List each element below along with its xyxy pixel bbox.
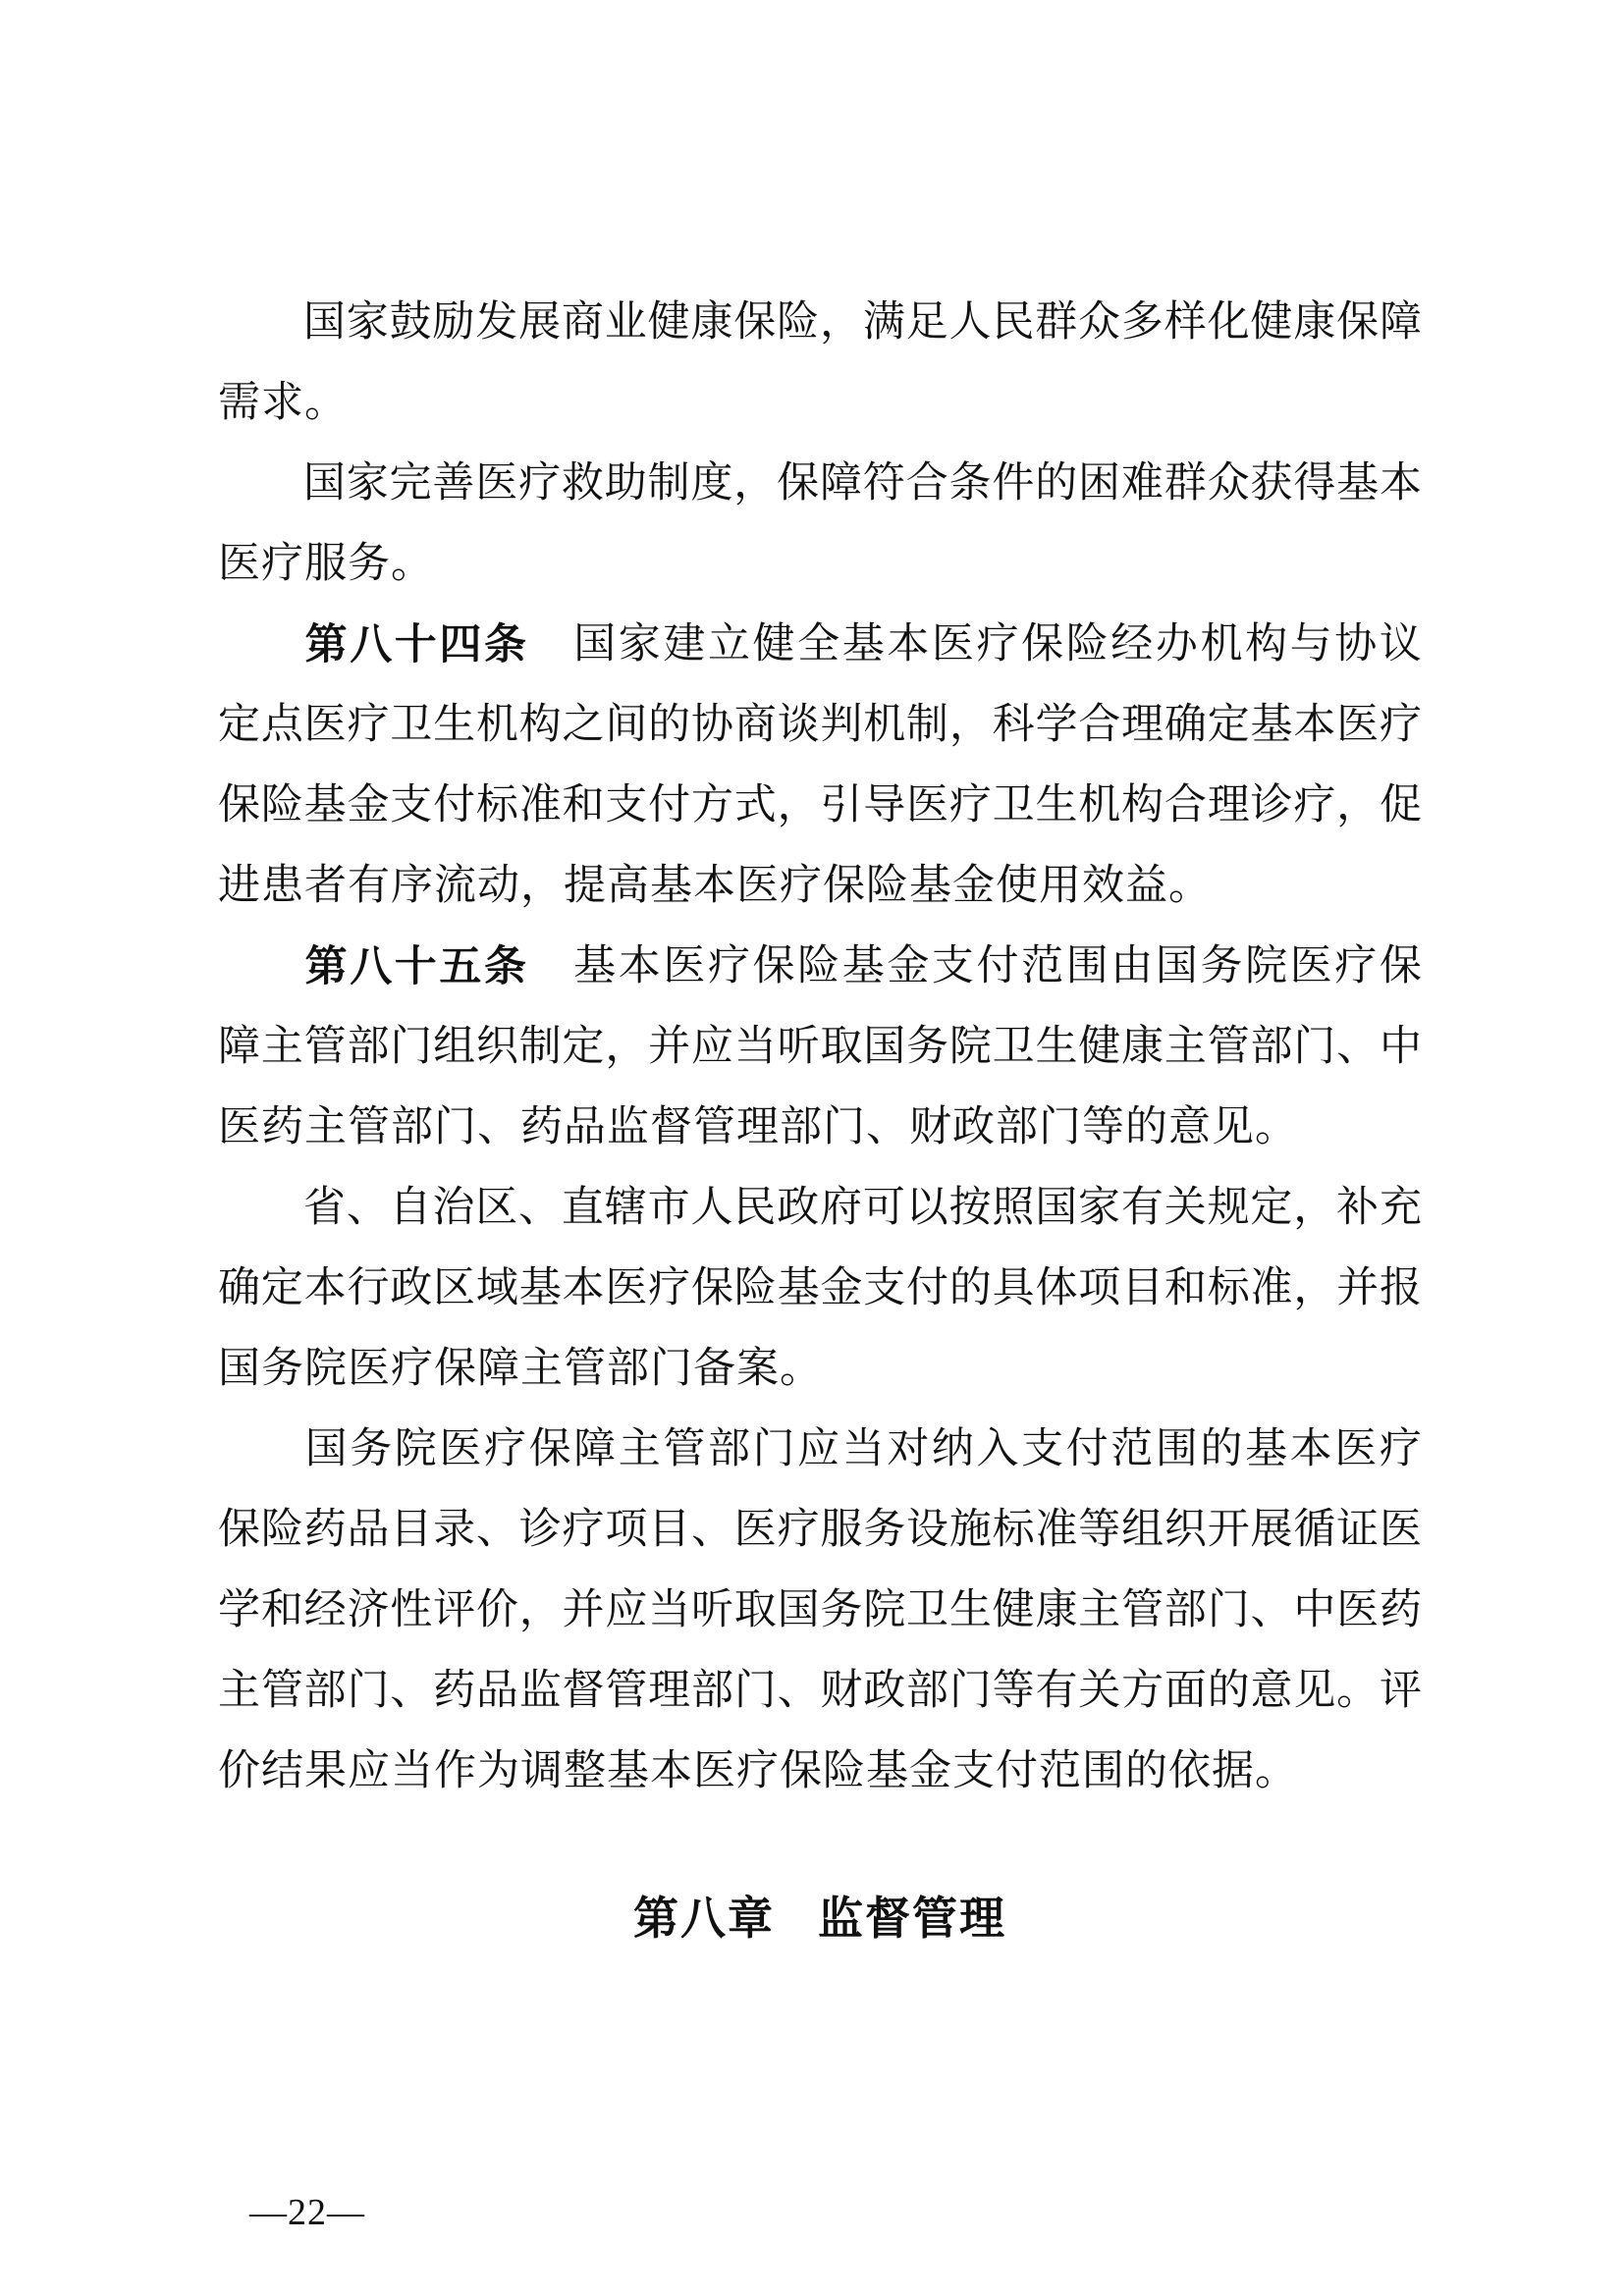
page-number: —22— [249, 2191, 365, 2234]
text-line: 主管部门、药品监督管理部门、财政部门等有关方面的意见。评 [218, 1663, 1422, 1743]
paragraph-indent [218, 1421, 302, 1422]
paragraph-indent [218, 455, 302, 456]
chapter-title: 监督管理 [818, 1883, 1006, 1948]
text-line: 价结果应当作为调整基本医疗保险基金支付范围的依据。 [218, 1743, 1422, 1824]
text-line: 保险药品目录、诊疗项目、医疗服务设施标准等组织开展循证医 [218, 1502, 1422, 1582]
paragraph-indent [218, 1180, 302, 1181]
text-line: 医疗服务。 [218, 536, 1422, 616]
document-body: 国家鼓励发展商业健康保险，满足人民群众多样化健康保障需求。国家完善医疗救助制度，… [218, 294, 1422, 1955]
paragraph-indent [218, 616, 302, 617]
text-line: 保险基金支付标准和支付方式，引导医疗卫生机构合理诊疗，促 [218, 777, 1422, 858]
text-line: 进患者有序流动，提高基本医疗保险基金使用效益。 [218, 858, 1422, 938]
text-line: 国务院医疗保障主管部门备案。 [218, 1341, 1422, 1421]
text-line: 需求。 [218, 375, 1422, 455]
paragraph-indent [218, 294, 302, 295]
text-line: 国家鼓励发展商业健康保险，满足人民群众多样化健康保障 [218, 294, 1422, 375]
chapter-heading: 第八章 监督管理 [218, 1875, 1422, 1955]
text-line: 国务院医疗保障主管部门应当对纳入支付范围的基本医疗 [218, 1421, 1422, 1502]
text-line: 第八十四条国家建立健全基本医疗保险经办机构与协议 [218, 616, 1422, 697]
text-line: 医药主管部门、药品监督管理部门、财政部门等的意见。 [218, 1099, 1422, 1180]
text-line: 第八十五条基本医疗保险基金支付范围由国务院医疗保 [218, 938, 1422, 1019]
chapter-number: 第八章 [633, 1883, 775, 1948]
text-line: 确定本行政区域基本医疗保险基金支付的具体项目和标准，并报 [218, 1260, 1422, 1341]
paragraph-indent [218, 938, 302, 939]
text-line: 国家完善医疗救助制度，保障符合条件的困难群众获得基本 [218, 455, 1422, 536]
text-line: 学和经济性评价，并应当听取国务院卫生健康主管部门、中医药 [218, 1582, 1422, 1663]
text-line: 定点医疗卫生机构之间的协商谈判机制，科学合理确定基本医疗 [218, 697, 1422, 777]
text-line: 障主管部门组织制定，并应当听取国务院卫生健康主管部门、中 [218, 1019, 1422, 1099]
text-line: 省、自治区、直辖市人民政府可以按照国家有关规定，补充 [218, 1180, 1422, 1260]
document-page: 国家鼓励发展商业健康保险，满足人民群众多样化健康保障需求。国家完善医疗救助制度，… [0, 0, 1624, 2296]
